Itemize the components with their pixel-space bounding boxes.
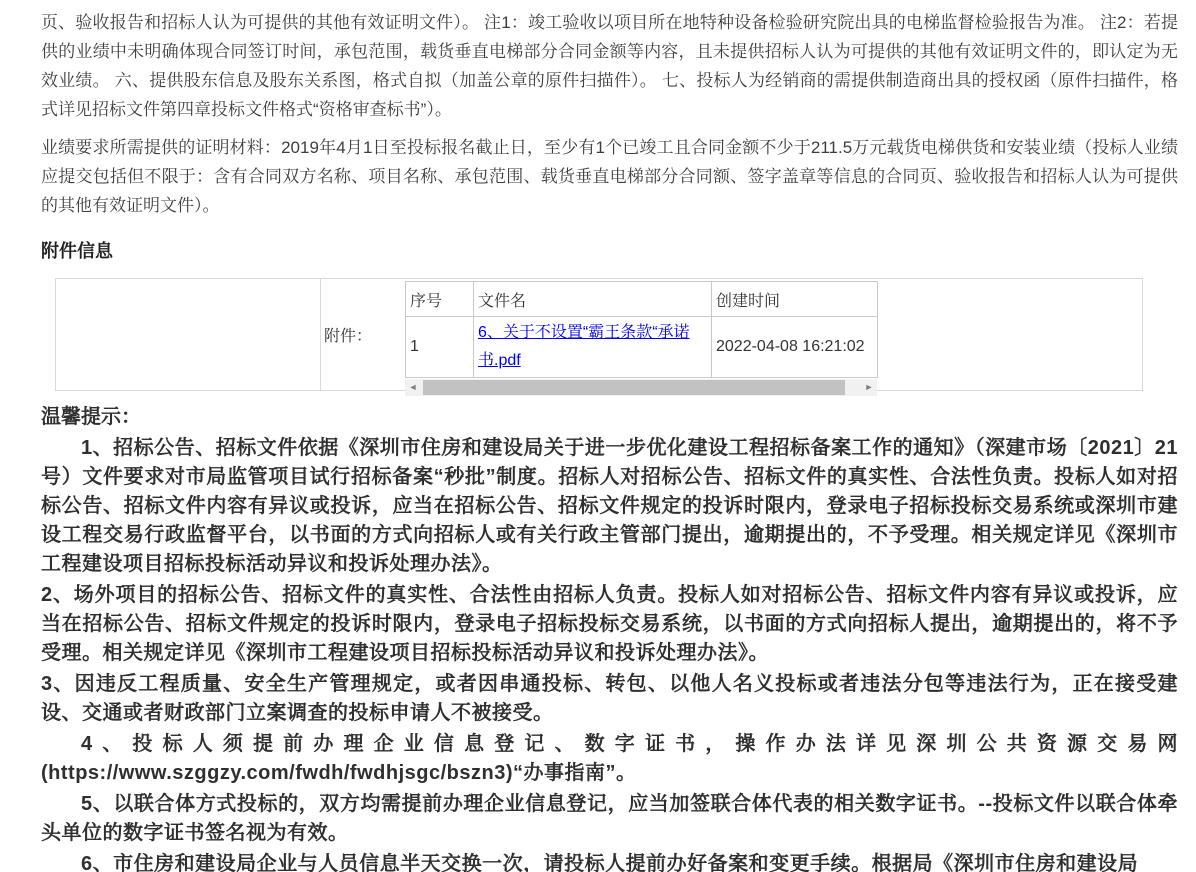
attachment-no-cell: 1 — [406, 317, 474, 378]
intro-section: 页、验收报告和招标人认为可提供的其他有效证明文件）。 注1：竣工验收以项目所在地… — [41, 8, 1178, 220]
intro-paragraph-2: 业绩要求所需提供的证明材料：2019年4月1日至投标报名截止日，至少有1个已竣工… — [41, 133, 1178, 220]
column-header-created: 创建时间 — [712, 282, 878, 317]
attachments-header-row: 序号 文件名 创建时间 — [406, 282, 878, 317]
attachments-table: 序号 文件名 创建时间 1 6、关于不设置“霸王条款“承诺书.pdf 2022-… — [405, 281, 878, 378]
tip-item-4: 4、投标人须提前办理企业信息登记、数字证书，操作办法详见深圳公共资源交易网(ht… — [41, 730, 1178, 788]
column-header-no: 序号 — [406, 282, 474, 317]
tip-item-5: 5、以联合体方式投标的，双方均需提前办理企业信息登记，应当加签联合体代表的相关数… — [41, 790, 1178, 848]
tip-item-2: 2、场外项目的招标公告、招标文件的真实性、合法性由招标人负责。投标人如对招标公告… — [41, 581, 1178, 668]
horizontal-scrollbar[interactable]: ◄ ► — [405, 379, 877, 396]
attachment-filename-cell: 6、关于不设置“霸王条款“承诺书.pdf — [474, 317, 712, 378]
tips-section: 温馨提示： 1、招标公告、招标文件依据《深圳市住房和建设局关于进一步优化建设工程… — [41, 403, 1178, 872]
attachments-spacer-cell — [56, 279, 320, 390]
scroll-left-arrow-icon[interactable]: ◄ — [405, 379, 421, 396]
tip-item-1: 1、招标公告、招标文件依据《深圳市住房和建设局关于进一步优化建设工程招标备案工作… — [41, 434, 1178, 579]
attachments-value-cell: 序号 文件名 创建时间 1 6、关于不设置“霸王条款“承诺书.pdf 2022-… — [405, 279, 1142, 390]
tip-item-3: 3、因违反工程质量、安全生产管理规定，或者因串通投标、转包、以他人名义投标或者违… — [41, 670, 1178, 728]
attachment-row: 1 6、关于不设置“霸王条款“承诺书.pdf 2022-04-08 16:21:… — [406, 317, 878, 378]
announcement-page: 页、验收报告和招标人认为可提供的其他有效证明文件）。 注1：竣工验收以项目所在地… — [0, 0, 1196, 872]
attachments-row-label: 附件： — [320, 279, 405, 390]
attachment-created-cell: 2022-04-08 16:21:02 — [712, 317, 878, 378]
scroll-right-arrow-icon[interactable]: ► — [861, 379, 877, 396]
scrollbar-thumb[interactable] — [423, 380, 845, 395]
attachments-table-wrap: 序号 文件名 创建时间 1 6、关于不设置“霸王条款“承诺书.pdf 2022-… — [405, 281, 879, 396]
tips-title: 温馨提示： — [41, 403, 1178, 432]
attachments-box: 附件： 序号 文件名 创建时间 1 6、 — [55, 278, 1143, 391]
intro-paragraph-1: 页、验收报告和招标人认为可提供的其他有效证明文件）。 注1：竣工验收以项目所在地… — [41, 8, 1178, 124]
tip-item-6: 6、市住房和建设局企业与人员信息半天交换一次，请投标人提前办好备案和变更手续。根… — [41, 850, 1178, 872]
column-header-filename: 文件名 — [474, 282, 712, 317]
attachment-file-link[interactable]: 6、关于不设置“霸王条款“承诺书.pdf — [478, 324, 690, 369]
attachments-section-title: 附件信息 — [41, 239, 1178, 263]
